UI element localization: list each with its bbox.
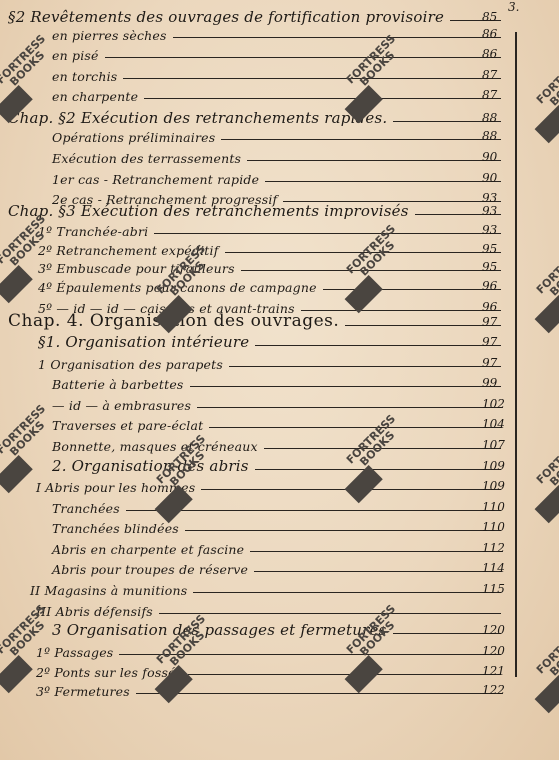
toc-entry: 1er cas - Retranchement rapide90 [0,165,515,187]
toc-entry: III Abris défensifs [0,597,515,619]
watermark-text: FORTRESSBOOKS [535,243,559,304]
toc-entry-page: 87 [482,88,512,102]
castle-icon [0,85,33,123]
toc-entry: 4º Épaulements pour canons de campagne96 [0,273,515,295]
castle-icon [0,455,33,493]
toc-entry: Abris en charpente et fascine112 [0,535,515,557]
toc-entry-page: 110 [482,520,512,534]
toc-entry-page: 109 [482,459,512,473]
toc-entry-page: 107 [482,438,512,452]
dotted-leader [254,571,501,572]
toc-entry-page: 90 [482,150,512,164]
toc-entry-page: 86 [482,47,512,61]
toc-entry: en pierres sèches86 [0,21,515,43]
dotted-leader [197,407,501,408]
toc-entry: en pisé86 [0,41,515,63]
fortress-books-watermark: FORTRESSBOOKS [519,64,559,156]
toc-entry-page: 86 [482,27,512,41]
fortress-books-watermark: FORTRESSBOOKS [519,254,559,346]
toc-entry-page: 114 [482,561,512,575]
toc-entry-page: 97 [482,335,512,349]
toc-entry: Opérations préliminaires88 [0,123,515,145]
toc-entry: §1. Organisation intérieure97 [0,329,515,351]
dotted-leader [159,613,501,614]
dotted-leader [123,78,501,79]
toc-entry-page: 109 [482,479,512,493]
dotted-leader [247,160,501,161]
toc-entry-title: 2. Organisation des abris [52,457,255,475]
margin-rule [515,32,517,677]
toc-entry-title: 3 Organisation des passages et fermeture… [52,621,393,639]
dotted-leader [105,57,501,58]
toc-page: 3. §2 Revêtements des ouvrages de fortif… [0,0,559,760]
toc-entry-page: 102 [482,397,512,411]
dotted-leader [144,98,501,99]
castle-icon [0,265,33,303]
toc-entry: en torchis87 [0,62,515,84]
toc-entry-page: 97 [482,356,512,370]
toc-entry: Chap. 4. Organisation des ouvrages.97 [0,309,515,331]
toc-entry-page: 104 [482,417,512,431]
toc-entry: 1 Organisation des parapets97 [0,350,515,372]
fortress-books-watermark: FORTRESSBOOKS [519,444,559,536]
dotted-leader [154,233,501,234]
toc-entry: en charpente87 [0,82,515,104]
toc-entry: Bonnette, masques et créneaux107 [0,432,515,454]
toc-entry: Tranchées blindées110 [0,514,515,536]
dotted-leader [185,530,501,531]
toc-entry: Abris pour troupes de réserve114 [0,555,515,577]
toc-entry-page: 120 [482,623,512,637]
toc-entry-page: 96 [482,279,512,293]
dotted-leader [255,345,501,346]
castle-icon [0,655,33,693]
toc-entry: I Abris pour les hommes109 [0,473,515,495]
toc-entry: 3º Fermetures122 [0,677,515,699]
dotted-leader [221,139,501,140]
toc-entry-page: 122 [482,683,512,697]
toc-entry-page: 90 [482,171,512,185]
toc-entry: — id — à embrasures102 [0,391,515,413]
toc-entry-page: 120 [482,644,512,658]
watermark-text: FORTRESSBOOKS [535,53,559,114]
toc-entry-page: 112 [482,541,512,555]
toc-entry-page: 115 [482,582,512,596]
toc-entry: Exécution des terrassements90 [0,144,515,166]
dotted-leader [250,551,501,552]
watermark-text: FORTRESSBOOKS [535,623,559,684]
toc-entry-page: 99 [482,376,512,390]
dotted-leader [265,181,501,182]
dotted-leader [209,427,501,428]
toc-entry-page: 97 [482,315,512,329]
toc-entry: 3 Organisation des passages et fermeture… [0,617,515,639]
dotted-leader [193,592,501,593]
toc-entry: 2. Organisation des abris109 [0,453,515,475]
dotted-leader [345,325,501,326]
dotted-leader [173,37,501,38]
toc-entry: Traverses et pare-éclat104 [0,411,515,433]
toc-entry: Batterie à barbettes99 [0,370,515,392]
fortress-books-watermark: FORTRESSBOOKS [519,634,559,726]
dotted-leader [229,366,501,367]
toc-entry-title: 3º Fermetures [36,684,136,699]
watermark-text: FORTRESSBOOKS [535,433,559,494]
toc-entry: Tranchées110 [0,494,515,516]
toc-entry: 1º Passages120 [0,638,515,660]
dotted-leader [190,386,501,387]
toc-entry-page: 110 [482,500,512,514]
toc-entry: II Magasins à munitions115 [0,576,515,598]
toc-entry-title: §1. Organisation intérieure [38,333,255,351]
toc-entry-page: 87 [482,68,512,82]
toc-entry-page: 88 [482,129,512,143]
